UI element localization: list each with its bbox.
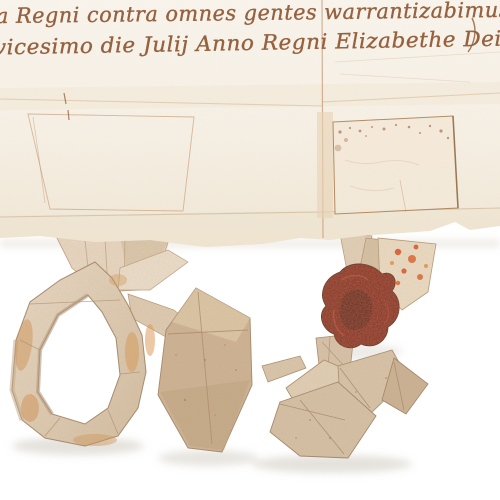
plica-right-rectangle bbox=[333, 116, 458, 214]
photo-canvas: a Regni contra omnes gentes warrantizabi… bbox=[0, 0, 500, 500]
vertical-crease-stain bbox=[317, 112, 333, 218]
document-photo: a Regni contra omnes gentes warrantizabi… bbox=[0, 0, 500, 500]
